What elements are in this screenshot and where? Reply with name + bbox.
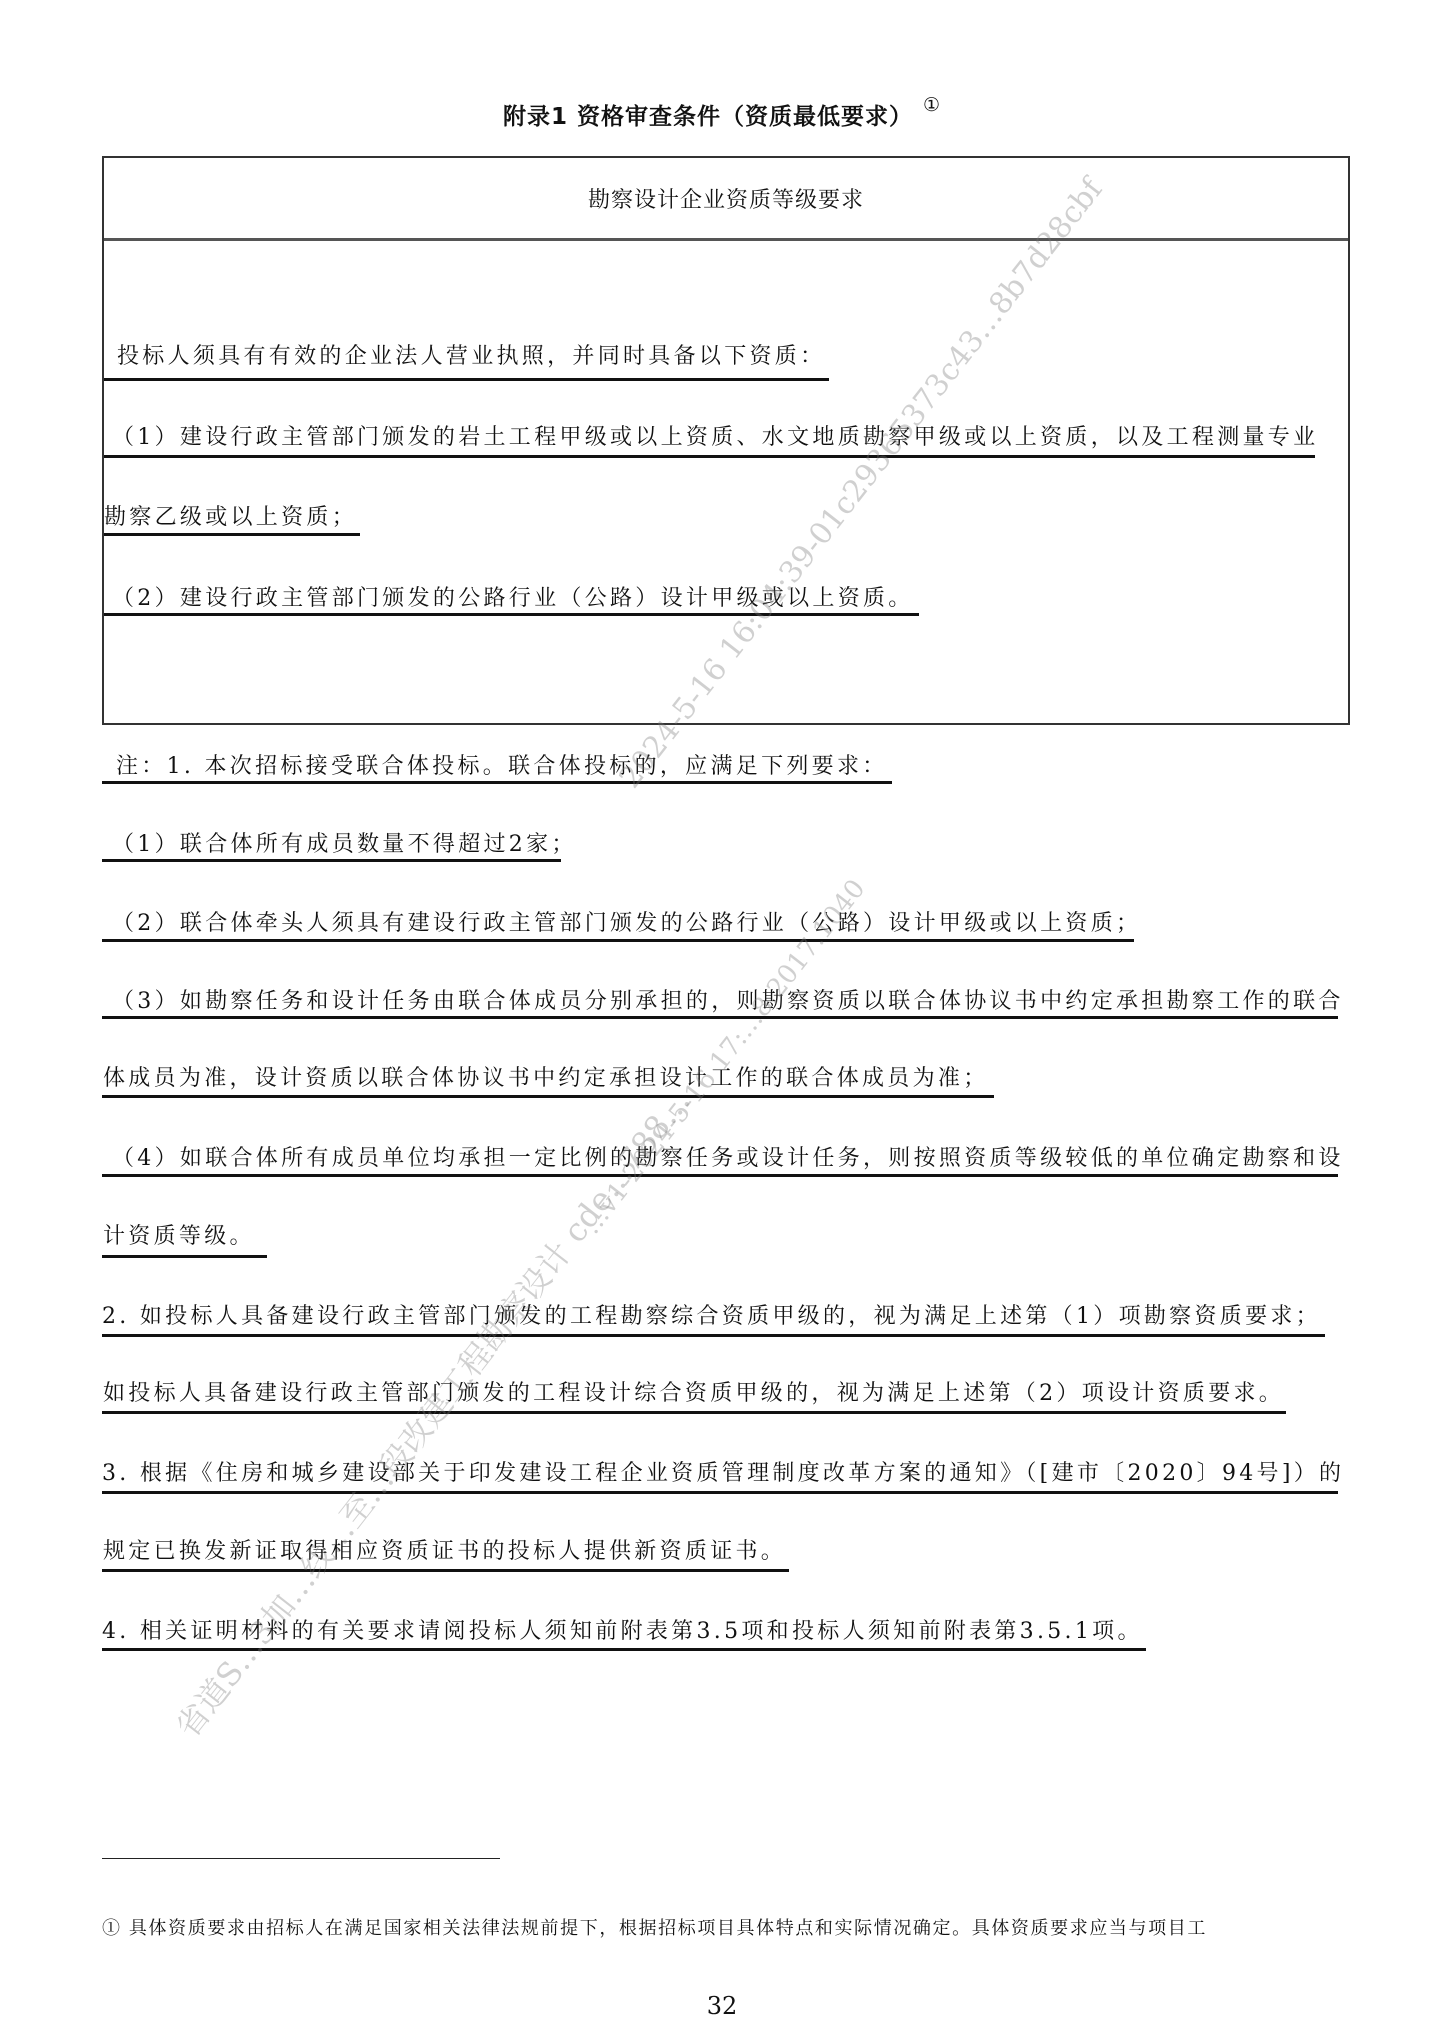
underline (102, 781, 892, 784)
footnote-text: ① 具体资质要求由招标人在满足国家相关法律法规前提下，根据招标项目具体特点和实际… (102, 1914, 1207, 1940)
page-title: 附录1 资格审查条件（资质最低要求）① (0, 98, 1444, 131)
note-line: （1）联合体所有成员数量不得超过2家； (112, 831, 577, 859)
underline (104, 455, 1315, 458)
note-line: （4）如联合体所有成员单位均承担一定比例的勘察任务或设计任务，则按照资质等级较低… (112, 1145, 1344, 1173)
note-line: 注：1. 本次招标接受联合体投标。联合体投标的，应满足下列要求： (116, 753, 888, 781)
footnote-separator (102, 1858, 500, 1859)
table-line: （1）建设行政主管部门颁发的岩土工程甲级或以上资质、水文地质勘察甲级或以上资质，… (112, 424, 1318, 452)
table-line: 投标人须具有有效的企业法人营业执照，并同时具备以下资质： (117, 343, 825, 371)
note-line: 2. 如投标人具备建设行政主管部门颁发的工程勘察综合资质甲级的，视为满足上述第（… (102, 1303, 1321, 1331)
underline (102, 1334, 1325, 1337)
table-line: （2）建设行政主管部门颁发的公路行业（公路）设计甲级或以上资质。 (112, 585, 914, 613)
underline (104, 533, 360, 536)
note-line: 体成员为准，设计资质以联合体协议书中约定承担设计工作的联合体成员为准； (103, 1065, 989, 1093)
table-line: 勘察乙级或以上资质； (104, 504, 357, 532)
underline (102, 939, 1134, 942)
note-line: 如投标人具备建设行政主管部门颁发的工程设计综合资质甲级的，视为满足上述第（2）项… (103, 1380, 1284, 1408)
underline (102, 859, 561, 862)
underline (102, 1491, 1338, 1494)
underline (102, 1569, 789, 1572)
table-header: 勘察设计企业资质等级要求 (104, 158, 1348, 241)
note-line: 3. 根据《住房和城乡建设部关于印发建设工程企业资质管理制度改革方案的通知》（[… (102, 1460, 1344, 1488)
title-text: 附录1 资格审查条件（资质最低要求） (503, 104, 913, 130)
footnote-marker[interactable]: ① (923, 94, 941, 116)
underline (104, 378, 829, 381)
page-number: 32 (0, 1992, 1444, 2020)
note-line: （3）如勘察任务和设计任务由联合体成员分别承担的，则勘察资质以联合体协议书中约定… (112, 988, 1344, 1016)
underline (102, 1174, 1338, 1177)
note-line: 4. 相关证明材料的有关要求请阅投标人须知前附表第3.5项和投标人须知前附表第3… (102, 1618, 1143, 1646)
underline (102, 1648, 1146, 1651)
underline (102, 1016, 1338, 1019)
underline (102, 1411, 1286, 1414)
note-line: （2）联合体牵头人须具有建设行政主管部门颁发的公路行业（公路）设计甲级或以上资质… (112, 910, 1141, 938)
underline (104, 613, 919, 616)
note-line: 规定已换发新证取得相应资质证书的投标人提供新资质证书。 (103, 1538, 786, 1566)
note-line: 计资质等级。 (103, 1223, 255, 1251)
underline (102, 1255, 267, 1258)
underline (102, 1095, 994, 1098)
